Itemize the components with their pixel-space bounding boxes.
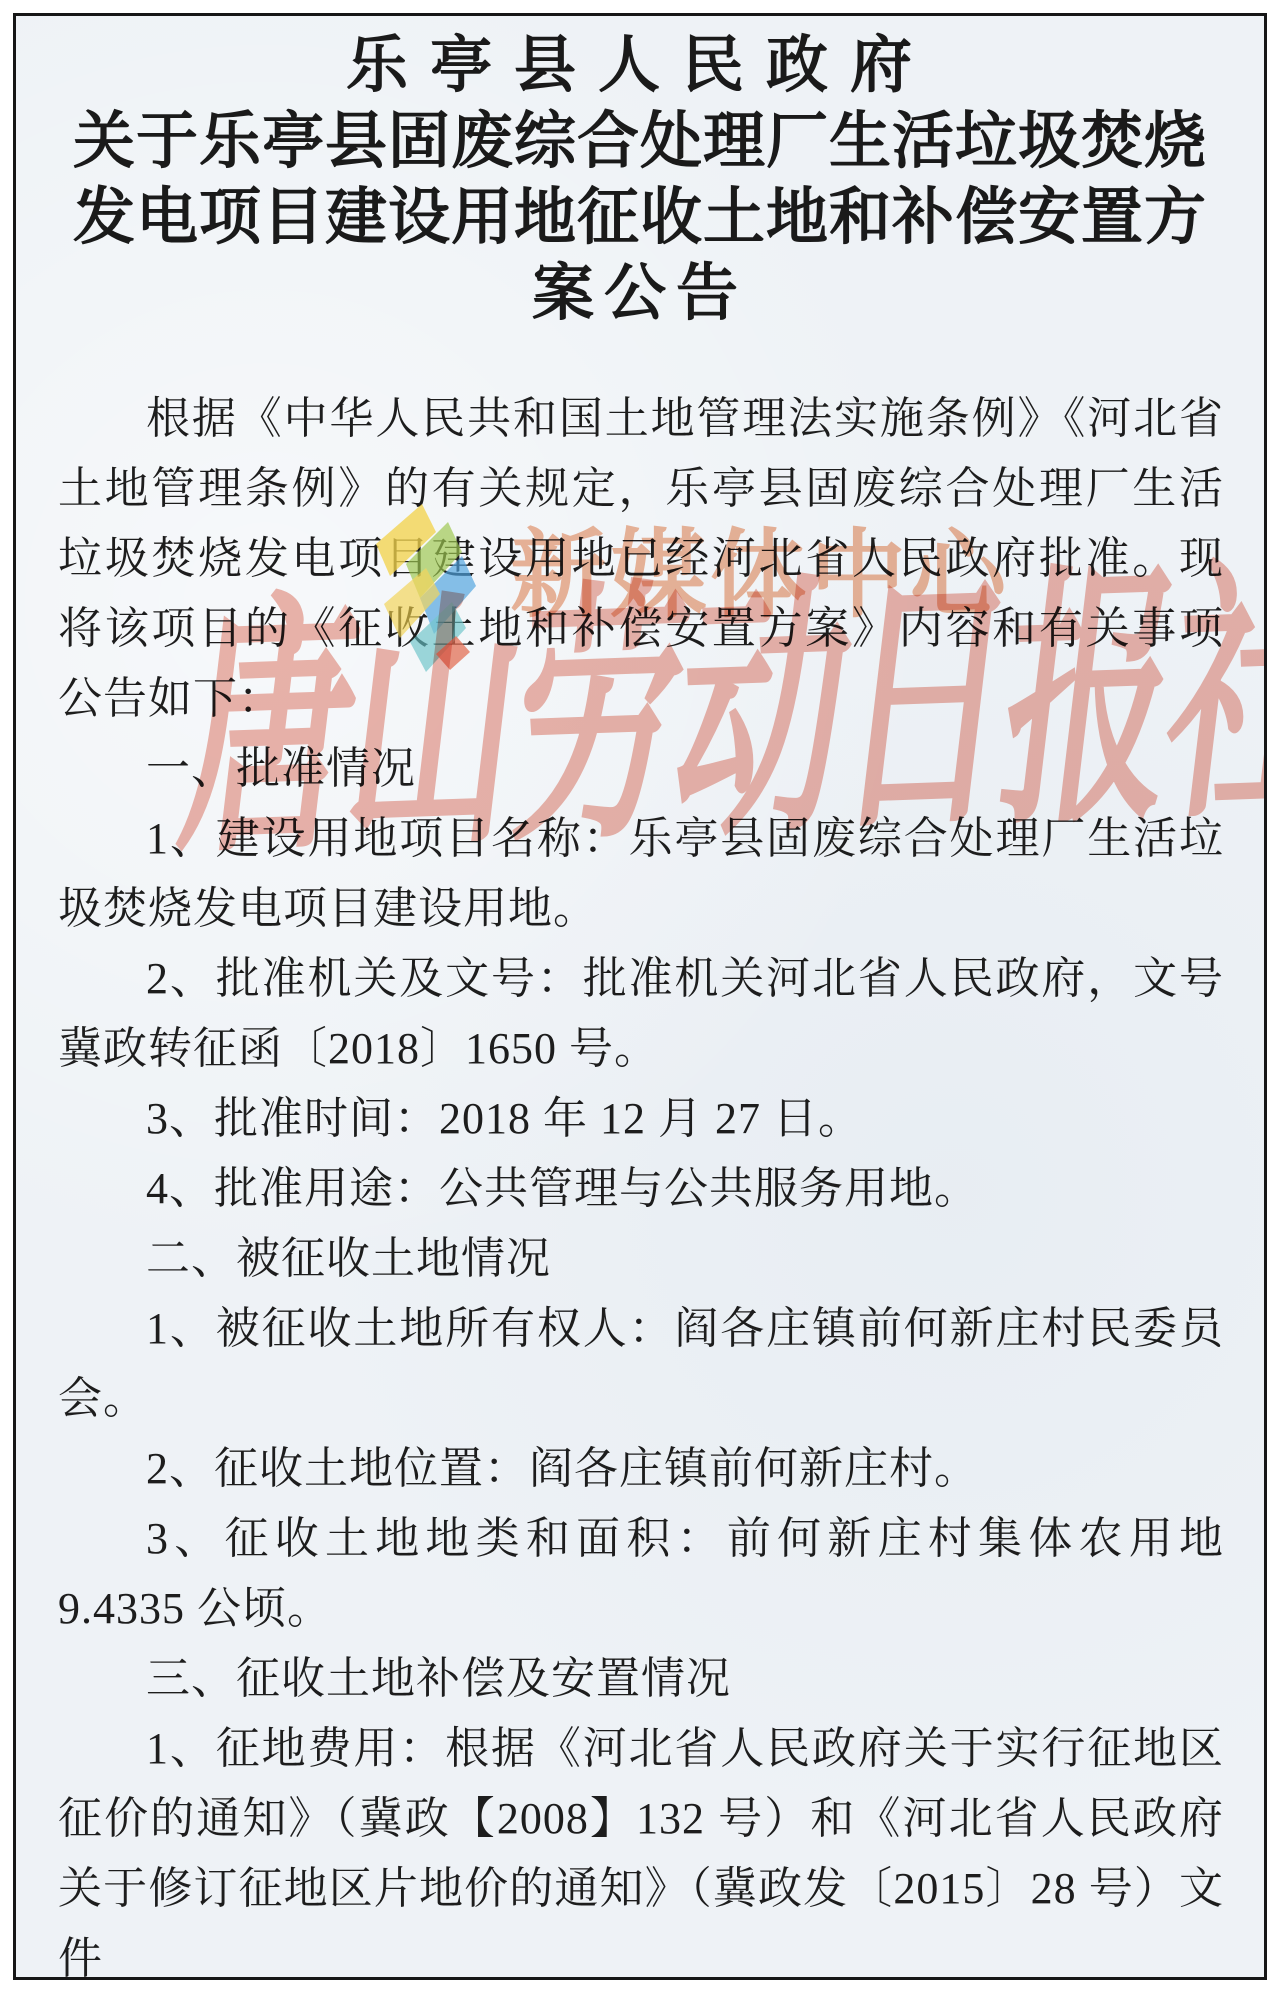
title-line-authority: 乐亭县人民政府 bbox=[16, 28, 1264, 104]
body-paragraph: 1、被征收土地所有权人：阎各庄镇前何新庄村民委员会。 bbox=[58, 1294, 1224, 1434]
body-paragraph: 2、批准机关及文号：批准机关河北省人民政府，文号冀政转征函〔2018〕1650 … bbox=[58, 944, 1224, 1084]
section-heading-2: 二、被征收土地情况 bbox=[58, 1224, 1224, 1294]
body-paragraph: 1、征地费用：根据《河北省人民政府关于实行征地区征价的通知》（冀政【2008】1… bbox=[58, 1714, 1224, 1980]
title-line-subject-1: 关于乐亭县固废综合处理厂生活垃圾焚烧 bbox=[16, 104, 1264, 180]
title-line-subject-3: 案公告 bbox=[16, 256, 1264, 332]
document-body: 根据《中华人民共和国土地管理法实施条例》《河北省土地管理条例》的有关规定，乐亭县… bbox=[16, 384, 1264, 1980]
scanned-page-frame: 新媒体中心 唐山劳动日报社 乐亭县人民政府 关于乐亭县固废综合处理厂生活垃圾焚烧… bbox=[13, 13, 1267, 1980]
title-line-subject-2: 发电项目建设用地征收土地和补偿安置方 bbox=[16, 180, 1264, 256]
body-paragraph: 1、建设用地项目名称：乐亭县固废综合处理厂生活垃圾焚烧发电项目建设用地。 bbox=[58, 804, 1224, 944]
section-heading-3: 三、征收土地补偿及安置情况 bbox=[58, 1644, 1224, 1714]
body-paragraph: 2、征收土地位置：阎各庄镇前何新庄村。 bbox=[58, 1434, 1224, 1504]
body-paragraph-intro: 根据《中华人民共和国土地管理法实施条例》《河北省土地管理条例》的有关规定，乐亭县… bbox=[58, 384, 1224, 734]
body-paragraph: 4、批准用途：公共管理与公共服务用地。 bbox=[58, 1154, 1224, 1224]
body-paragraph: 3、征收土地地类和面积：前何新庄村集体农用地 9.4335 公顷。 bbox=[58, 1504, 1224, 1644]
body-paragraph: 3、批准时间：2018 年 12 月 27 日。 bbox=[58, 1084, 1224, 1154]
document-title: 乐亭县人民政府 关于乐亭县固废综合处理厂生活垃圾焚烧 发电项目建设用地征收土地和… bbox=[16, 28, 1264, 332]
section-heading-1: 一、批准情况 bbox=[58, 734, 1224, 804]
